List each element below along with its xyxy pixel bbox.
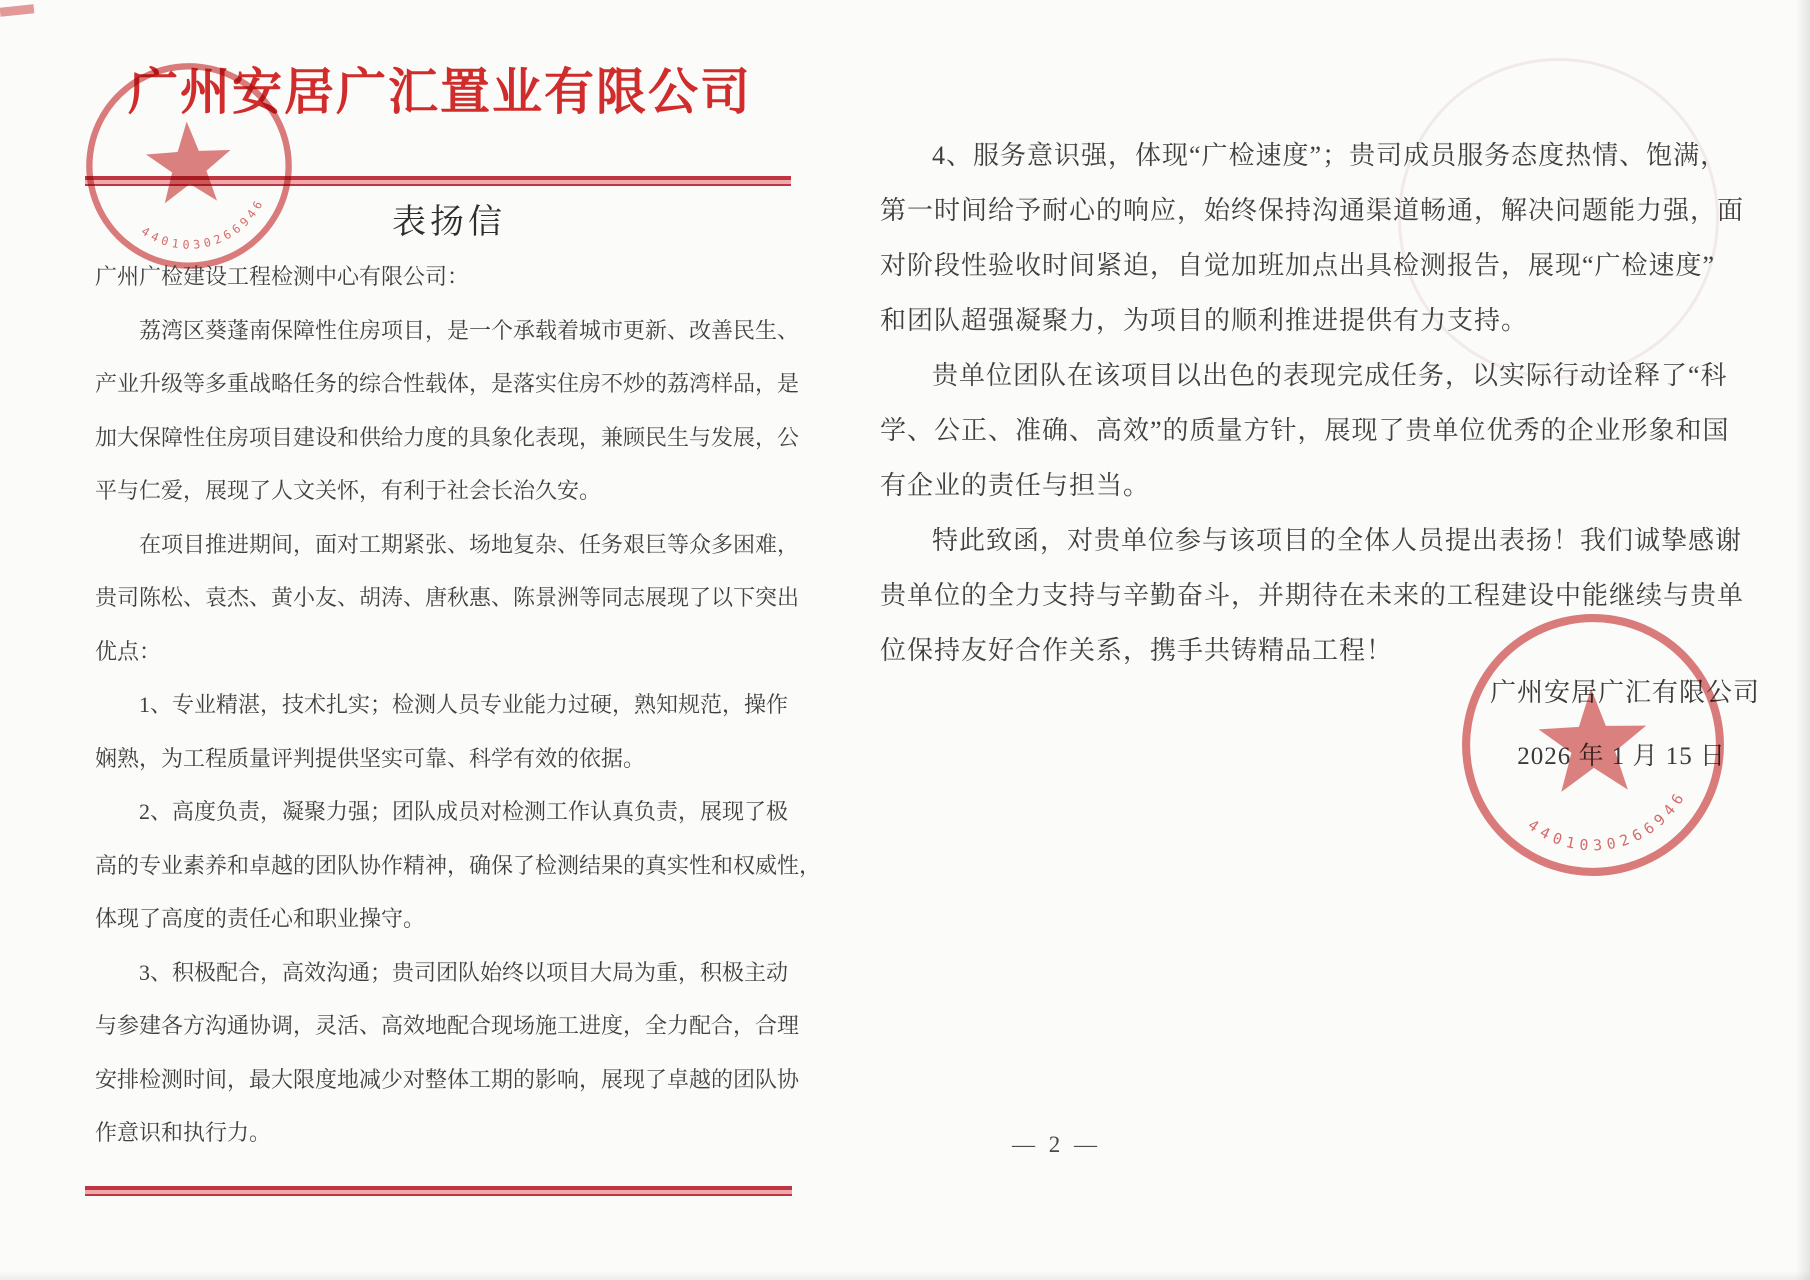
numbered-point-line: 4、服务意识强，体现“广检速度”；贵司成员服务态度热情、饱满， — [880, 128, 1760, 183]
company-seal-stamp: 广州安居广汇置业有限公司 4401030266946 — [1433, 585, 1753, 905]
letter-title: 表扬信 — [95, 194, 803, 243]
page-number: — 2 — — [1012, 1132, 1101, 1158]
body-line: 高的专业素养和卓越的团队协作精神，确保了检测结果的真实性和权威性， — [95, 839, 803, 893]
svg-text:4401030266946: 4401030266946 — [1522, 783, 1698, 869]
body-line: 安排检测时间，最大限度地减少对整体工期的影响，展现了卓越的团队协 — [95, 1053, 803, 1107]
body-line: 对阶段性验收时间紧迫，自觉加班加点出具检测报告，展现“广检速度” — [880, 238, 1760, 293]
numbered-point-line: 3、积极配合，高效沟通；贵司团队始终以项目大局为重，积极主动 — [95, 946, 803, 1000]
body-line: 作意识和执行力。 — [95, 1106, 803, 1160]
scan-artifact-mark — [0, 4, 34, 17]
numbered-point-line: 2、高度负责，凝聚力强；团队成员对检测工作认真负责，展现了极 — [95, 785, 803, 839]
page-2-body: 4、服务意识强，体现“广检速度”；贵司成员服务态度热情、饱满， 第一时间给予耐心… — [880, 128, 1760, 678]
body-line: 加大保障性住房项目建设和供给力度的具象化表现，兼顾民生与发展，公 — [95, 411, 803, 465]
scanned-letter: 广州安居广汇置业有限公司 广州安居广汇置业有限公司 4401030266946 … — [0, 0, 1810, 1280]
body-line: 产业升级等多重战略任务的综合性载体，是落实住房不炒的荔湾样品，是 — [95, 357, 803, 411]
scan-edge-shadow-right — [1796, 0, 1810, 1280]
body-line: 第一时间给予耐心的响应，始终保持沟通渠道畅通，解决问题能力强，面 — [880, 183, 1760, 238]
body-line: 特此致函，对贵单位参与该项目的全体人员提出表扬！我们诚挚感谢 — [880, 513, 1760, 568]
body-line: 娴熟，为工程质量评判提供坚实可靠、科学有效的依据。 — [95, 732, 803, 786]
body-line: 贵司陈松、袁杰、黄小友、胡涛、唐秋惠、陈景洲等同志展现了以下突出 — [95, 571, 803, 625]
page-1-body: 广州广检建设工程检测中心有限公司： 荔湾区葵蓬南保障性住房项目，是一个承载着城市… — [95, 250, 803, 1160]
scan-edge-shadow-bottom — [0, 1271, 1810, 1280]
body-line: 贵单位团队在该项目以出色的表现完成任务，以实际行动诠释了“科 — [880, 348, 1760, 403]
body-line: 和团队超强凝聚力，为项目的顺利推进提供有力支持。 — [880, 293, 1760, 348]
body-line: 优点： — [95, 625, 803, 679]
star-icon — [1537, 686, 1648, 792]
body-line: 学、公正、准确、高效”的质量方针，展现了贵单位优秀的企业形象和国 — [880, 403, 1760, 458]
salutation-line: 广州广检建设工程检测中心有限公司： — [95, 250, 803, 304]
footer-rule — [85, 1186, 792, 1196]
seal-serial-number: 4401030266946 — [1522, 783, 1698, 869]
star-icon — [144, 119, 233, 204]
body-line: 荔湾区葵蓬南保障性住房项目，是一个承载着城市更新、改善民生、 — [95, 304, 803, 358]
body-line: 与参建各方沟通协调，灵活、高效地配合现场施工进度，全力配合，合理 — [95, 999, 803, 1053]
body-line: 在项目推进期间，面对工期紧张、场地复杂、任务艰巨等众多困难， — [95, 518, 803, 572]
numbered-point-line: 1、专业精湛，技术扎实；检测人员专业能力过硬，熟知规范，操作 — [95, 678, 803, 732]
body-line: 体现了高度的责任心和职业操守。 — [95, 892, 803, 946]
body-line: 平与仁爱，展现了人文关怀，有利于社会长治久安。 — [95, 464, 803, 518]
body-line: 有企业的责任与担当。 — [880, 458, 1760, 513]
